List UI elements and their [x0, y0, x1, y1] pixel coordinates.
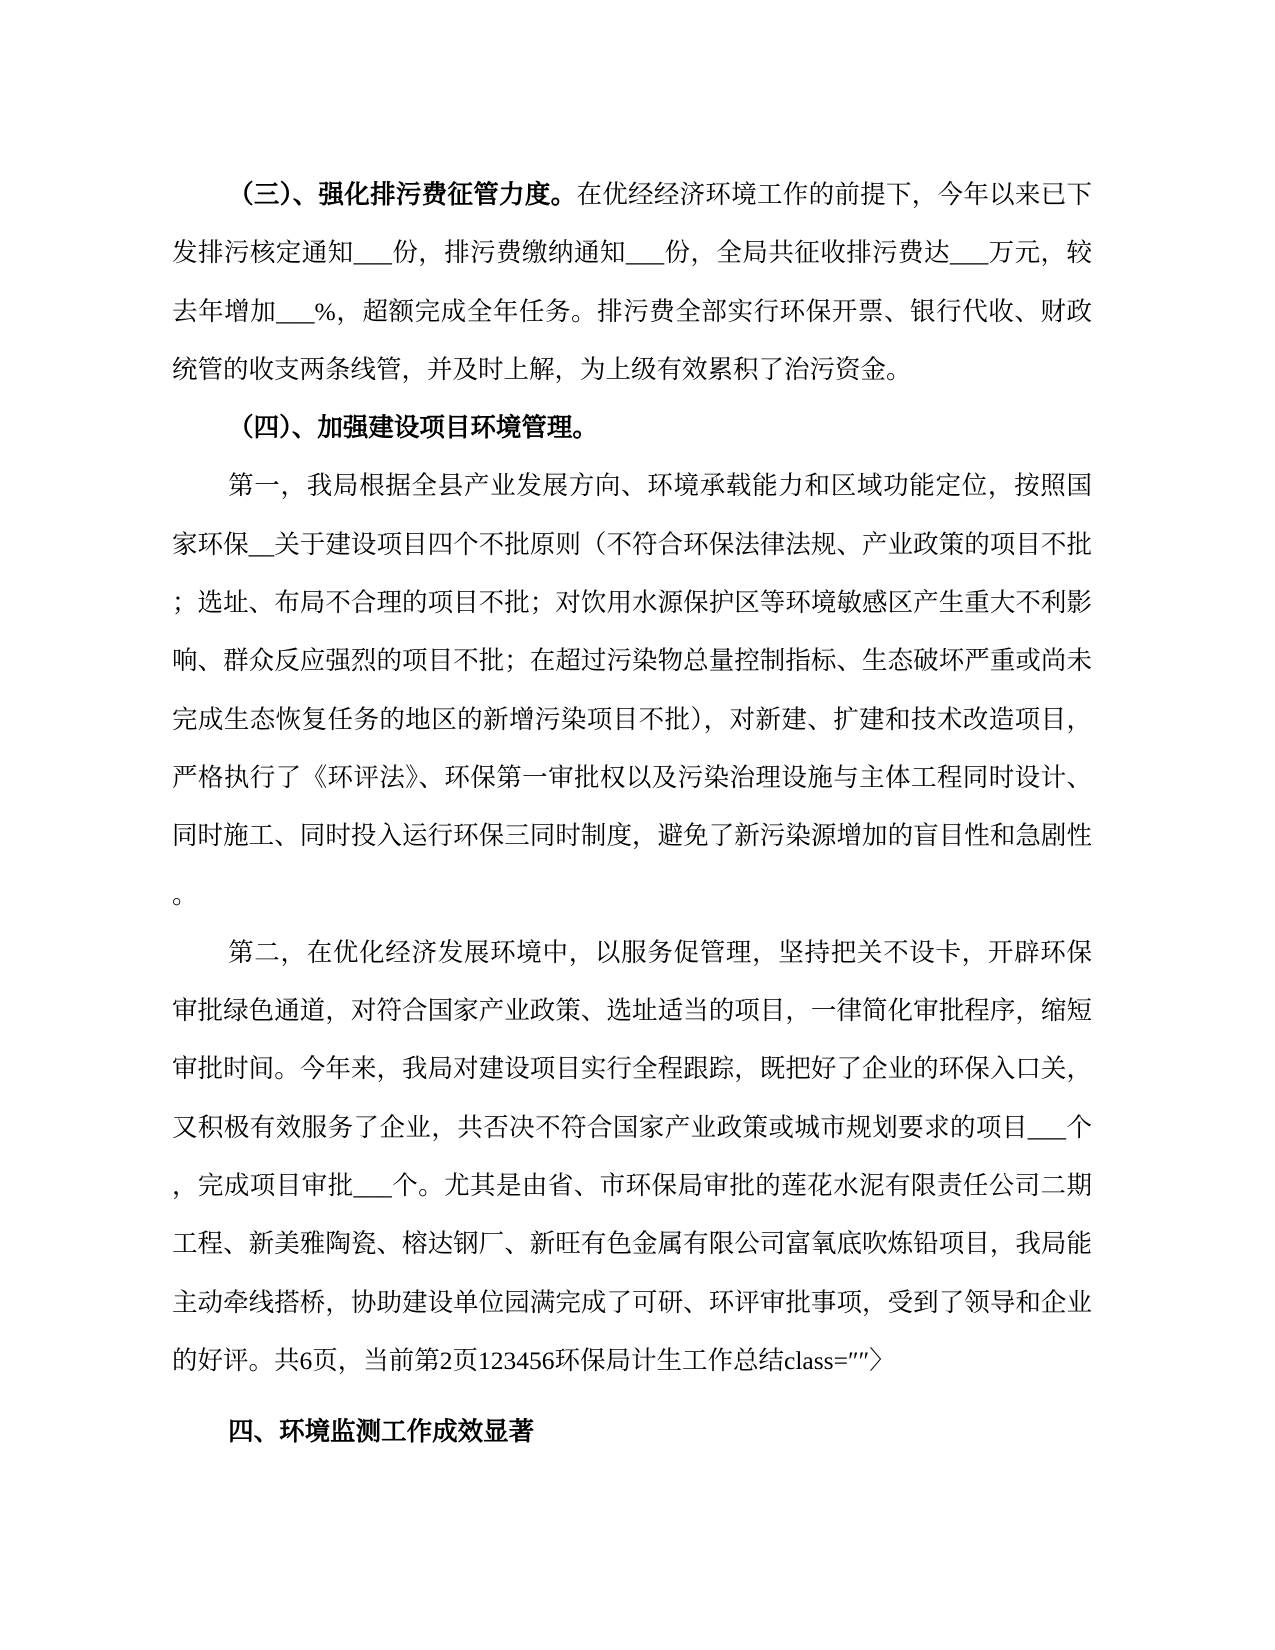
para-construction-management-heading: （四）、加强建设项目环境管理。: [172, 399, 1092, 457]
para-first-point: 第一，我局根据全县产业发展方向、环境承载能力和区域功能定位，按照国家环保__关于…: [172, 457, 1092, 923]
para-pollution-fee-collection-text: 在优经经济环境工作的前提下，今年以来已下发排污核定通知___份，排污费缴纳通知_…: [172, 180, 1092, 384]
document-page: （三）、强化排污费征管力度。在优经经济环境工作的前提下，今年以来已下发排污核定通…: [0, 0, 1275, 1650]
para-first-point-text: 第一，我局根据全县产业发展方向、环境承载能力和区域功能定位，按照国家环保__关于…: [172, 471, 1092, 908]
para-second-point: 第二，在优化经济发展环境中，以服务促管理，坚持把关不设卡，开辟环保审批绿色通道，…: [172, 924, 1092, 1390]
section-heading-3: （三）、强化排污费征管力度。: [228, 180, 576, 209]
para-monitoring-heading: 四、环境监测工作成效显著: [172, 1403, 1092, 1461]
para-second-point-text: 第二，在优化经济发展环境中，以服务促管理，坚持把关不设卡，开辟环保审批绿色通道，…: [172, 938, 1092, 1375]
section-heading-4: （四）、加强建设项目环境管理。: [228, 413, 598, 442]
para-pollution-fee-collection: （三）、强化排污费征管力度。在优经经济环境工作的前提下，今年以来已下发排污核定通…: [172, 166, 1092, 399]
section-heading-monitoring: 四、环境监测工作成效显著: [228, 1417, 534, 1446]
